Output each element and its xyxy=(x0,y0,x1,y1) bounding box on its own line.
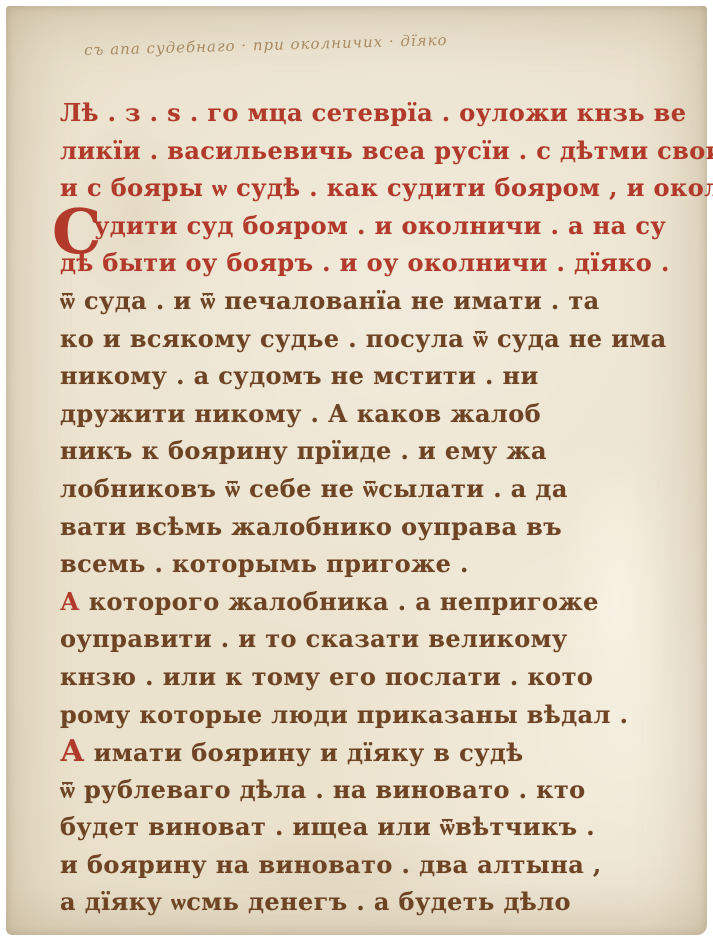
text-line: ѿ рублеваго дѣла . на виновато . кто xyxy=(60,771,660,809)
manuscript-page: съ апа судебнаго · при околничих · дїяко… xyxy=(6,6,707,935)
text-line: а дїяку ѡсмь денегъ . а будеть дѣло xyxy=(60,883,660,921)
line-text: ликїи . васильевичь всеа русїи . с дѣтми… xyxy=(60,136,713,165)
text-line: будет виноват . ищеа или ѿвѣтчикъ . xyxy=(60,808,660,846)
text-line: никъ к боярину прїиде . и ему жа xyxy=(60,432,660,470)
line-text: кнзю . или к тому его послати . кото xyxy=(60,662,593,691)
line-initial: А xyxy=(60,587,80,616)
text-line: дѣ быти оу бояръ . и оу околничи . дїяко… xyxy=(60,244,660,282)
text-line: Судити суд бояром . и околничи . а на су xyxy=(60,207,660,245)
line-text: имати боярину и дїяку в судѣ xyxy=(85,738,524,767)
line-text: вати всѣмь жалобнико оуправа въ xyxy=(60,512,562,541)
text-line: всемь . которымь пригоже . xyxy=(60,545,660,583)
text-line: и боярину на виновато . два алтына , xyxy=(60,846,660,884)
line-text: и с бояры ѡ судѣ . как судити бояром , и… xyxy=(60,173,713,202)
line-text: а дїяку ѡсмь денегъ . а будеть дѣло xyxy=(60,887,571,916)
text-line: дружити никому . А каков жалоб xyxy=(60,395,660,433)
line-text: удити суд бояром . и околничи . а на су xyxy=(94,211,666,240)
text-line: лобниковъ ѿ себе не ѿсылати . а да xyxy=(60,470,660,508)
text-line: оуправити . и то сказати великому xyxy=(60,620,660,658)
text-line: Лѣ . з . ѕ . го мца сетеврїа . оуложи кн… xyxy=(60,94,660,132)
text-line: рому которые люди приказаны вѣдал . xyxy=(60,696,660,734)
text-line: ѿ суда . и ѿ печалованїа не имати . та xyxy=(60,282,660,320)
text-line: ко и всякому судье . посула ѿ суда не им… xyxy=(60,320,660,358)
line-text: всемь . которымь пригоже . xyxy=(60,549,469,578)
archival-cursive-note: съ апа судебнаго · при околничих · дїяко xyxy=(84,31,448,59)
line-text: никому . а судомъ не мстити . ни xyxy=(60,361,539,390)
line-text: которого жалобника . а непригоже xyxy=(80,587,599,616)
line-text: ѿ суда . и ѿ печалованїа не имати . та xyxy=(60,286,600,315)
line-text: Лѣ . з . ѕ . го мца сетеврїа . оуложи кн… xyxy=(60,98,686,127)
line-initial: А xyxy=(60,734,85,769)
line-text: лобниковъ ѿ себе не ѿсылати . а да xyxy=(60,474,568,503)
line-text: ѿ рублеваго дѣла . на виновато . кто xyxy=(60,775,586,804)
photo-frame: съ апа судебнаго · при околничих · дїяко… xyxy=(0,0,713,943)
line-text: и боярину на виновато . два алтына , xyxy=(60,850,602,879)
text-line: никому . а судомъ не мстити . ни xyxy=(60,357,660,395)
text-line: А имати боярину и дїяку в судѣ xyxy=(60,733,660,771)
line-text: будет виноват . ищеа или ѿвѣтчикъ . xyxy=(60,812,595,841)
text-line: А которого жалобника . а непригоже xyxy=(60,583,660,621)
line-text: дѣ быти оу бояръ . и оу околничи . дїяко… xyxy=(60,248,670,277)
text-line: кнзю . или к тому его послати . кото xyxy=(60,658,660,696)
line-text: никъ к боярину прїиде . и ему жа xyxy=(60,436,547,465)
line-text: дружити никому . А каков жалоб xyxy=(60,399,541,428)
text-line: вати всѣмь жалобнико оуправа въ xyxy=(60,508,660,546)
line-text: рому которые люди приказаны вѣдал . xyxy=(60,700,628,729)
line-text: ко и всякому судье . посула ѿ суда не им… xyxy=(60,324,667,353)
text-line: ликїи . васильевичь всеа русїи . с дѣтми… xyxy=(60,132,660,170)
line-text: оуправити . и то сказати великому xyxy=(60,624,568,653)
manuscript-text-block: Лѣ . з . ѕ . го мца сетеврїа . оуложи кн… xyxy=(60,94,660,921)
text-line: и с бояры ѡ судѣ . как судити бояром , и… xyxy=(60,169,660,207)
